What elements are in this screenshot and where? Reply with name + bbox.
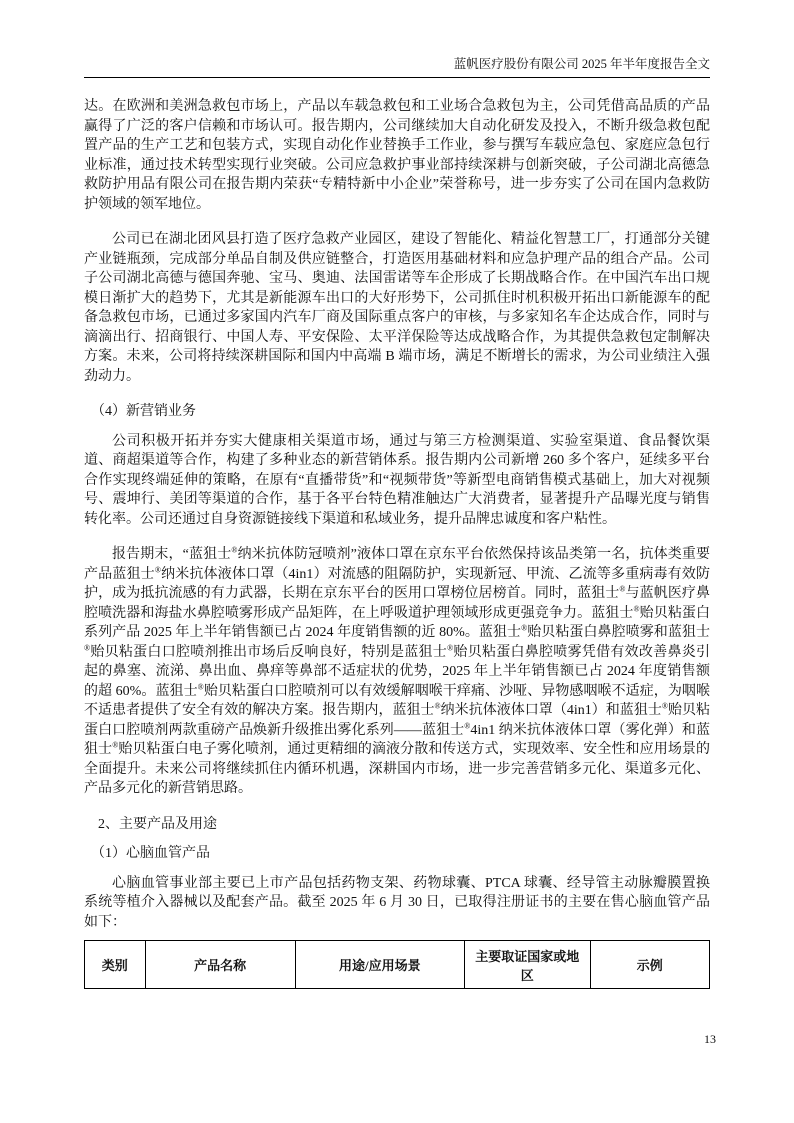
- table-header-usage-scenario: 用途/应用场景: [295, 941, 464, 989]
- cardio-products-table: 类别 产品名称 用途/应用场景 主要取证国家或地区 示例: [84, 940, 710, 989]
- heading-main-products-and-uses: 2、主要产品及用途: [84, 815, 710, 835]
- table-header-product-name: 产品名称: [145, 941, 295, 989]
- page-number: 13: [704, 1032, 716, 1047]
- report-page: 蓝帆医疗股份有限公司 2025 年半年度报告全文 达。在欧洲和美洲急救包市场上，…: [0, 0, 794, 1123]
- paragraph-industrial-park: 公司已在湖北团风县打造了医疗急救产业园区，建设了智能化、精益化智慧工厂，打通部分…: [84, 230, 710, 386]
- table-header-category: 类别: [85, 941, 146, 989]
- paragraph-lanjushi-products: 报告期末，“蓝狙士®纳米抗体防冠喷剂”液体口罩在京东平台依然保持该品类第一名，抗…: [84, 545, 710, 799]
- table-header-certified-regions: 主要取证国家或地区: [465, 941, 591, 989]
- paragraph-first-aid-continued: 达。在欧洲和美洲急救包市场上，产品以车载急救包和工业场合急救包为主，公司凭借高品…: [84, 97, 710, 214]
- paragraph-marketing-channels: 公司积极开拓并夯实大健康相关渠道市场，通过与第三方检测渠道、实验室渠道、食品餐饮…: [84, 432, 710, 530]
- heading-new-marketing-business: （4）新营销业务: [84, 402, 710, 422]
- paragraph-cardiovascular-intro: 心脑血管事业部主要已上市产品包括药物支架、药物球囊、PTCA 球囊、经导管主动脉…: [84, 874, 710, 933]
- table-header-example: 示例: [590, 941, 709, 989]
- document-body: 达。在欧洲和美洲急救包市场上，产品以车载急救包和工业场合急救包为主，公司凭借高品…: [84, 97, 710, 989]
- page-header: 蓝帆医疗股份有限公司 2025 年半年度报告全文: [84, 56, 710, 78]
- table-header-row: 类别 产品名称 用途/应用场景 主要取证国家或地区 示例: [85, 941, 710, 989]
- heading-cardiovascular-products: （1）心脑血管产品: [84, 844, 710, 864]
- report-title: 蓝帆医疗股份有限公司 2025 年半年度报告全文: [454, 57, 710, 71]
